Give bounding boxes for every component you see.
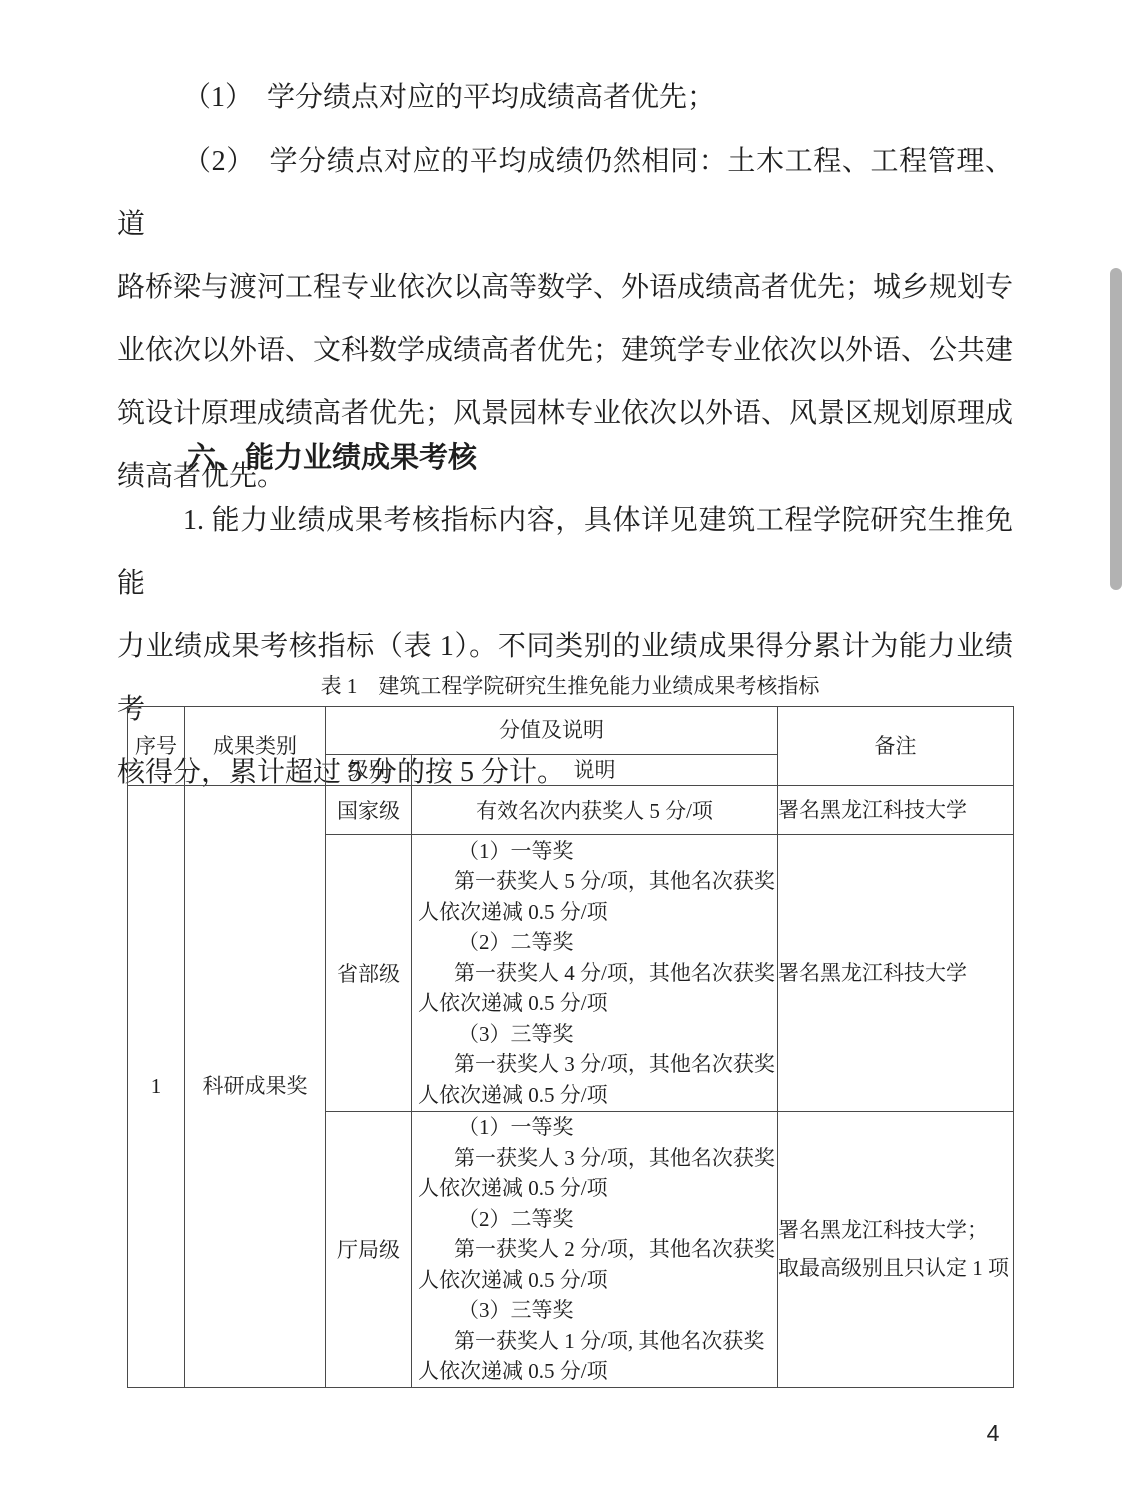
table-line: （2）二等奖 [412,1204,777,1235]
table-row-national: 1 科研成果奖 国家级 有效名次内获奖人 5 分/项 署名黑龙江科技大学 [128,786,1014,835]
cell-remark-provincial: 署名黑龙江科技大学 [778,835,1014,1112]
header-score-desc: 分值及说明 [326,707,778,755]
table-line: 人依次递减 0.5 分/项 [412,1173,777,1204]
table-line: 人依次递减 0.5 分/项 [412,1265,777,1296]
table-line: 人依次递减 0.5 分/项 [412,1356,777,1387]
table-line: （3）三等奖 [412,1295,777,1326]
cell-desc-national: 有效名次内获奖人 5 分/项 [412,786,778,835]
table-line: 第一获奖人 1 分/项, 其他名次获奖 [412,1326,777,1357]
header-seq: 序号 [128,707,185,786]
cell-category-value: 科研成果奖 [185,786,326,1388]
table-line: 人依次递减 0.5 分/项 [412,897,777,928]
table-line: 第一获奖人 3 分/项，其他名次获奖 [412,1049,777,1080]
cell-seq-value: 1 [128,786,185,1388]
table-line: （2）二等奖 [412,927,777,958]
text-line: （2） 学分绩点对应的平均成绩仍然相同：土木工程、工程管理、道 [117,130,1013,256]
assessment-table: 序号 成果类别 分值及说明 备注 级别 说明 1 科研成果奖 国家级 有效名次内… [127,706,1014,1388]
table-line: 取最高级别且只认定 1 项 [778,1249,1013,1287]
table-line: 第一获奖人 3 分/项，其他名次获奖 [412,1143,777,1174]
cell-level-departmental: 厅局级 [326,1112,412,1388]
table-line: （1）一等奖 [412,1112,777,1143]
cell-remark-departmental: 署名黑龙江科技大学； 取最高级别且只认定 1 项 [778,1112,1014,1388]
text-line: 业依次以外语、文科数学成绩高者优先；建筑学专业依次以外语、公共建 [117,319,1013,382]
header-desc: 说明 [412,755,778,786]
text-line: 1. 能力业绩成果考核指标内容，具体详见建筑工程学院研究生推免能 [117,489,1013,615]
cell-remark-national: 署名黑龙江科技大学 [778,786,1014,835]
page-number: 4 [975,1420,1011,1447]
document-page: { "paragraphs": { "p1": "（1） 学分绩点对应的平均成绩… [0,0,1131,1507]
table-line: 第一获奖人 2 分/项，其他名次获奖 [412,1234,777,1265]
table-line: （1）一等奖 [412,836,777,867]
table-line: 第一获奖人 4 分/项，其他名次获奖 [412,958,777,989]
table-line: 人依次递减 0.5 分/项 [412,1080,777,1111]
cell-desc-departmental: （1）一等奖 第一获奖人 3 分/项，其他名次获奖 人依次递减 0.5 分/项 … [412,1112,778,1388]
cell-desc-provincial: （1）一等奖 第一获奖人 5 分/项，其他名次获奖 人依次递减 0.5 分/项 … [412,835,778,1112]
header-category: 成果类别 [185,707,326,786]
table-line: 第一获奖人 5 分/项，其他名次获奖 [412,866,777,897]
scrollbar-thumb[interactable] [1110,268,1122,590]
cell-level-national: 国家级 [326,786,412,835]
section-heading: 六、能力业绩成果考核 [117,436,1013,480]
cell-level-provincial: 省部级 [326,835,412,1112]
header-level: 级别 [326,755,412,786]
table-line: 署名黑龙江科技大学； [778,1211,1013,1249]
table-line: 人依次递减 0.5 分/项 [412,988,777,1019]
table-line: （3）三等奖 [412,1019,777,1050]
assessment-table-container: 序号 成果类别 分值及说明 备注 级别 说明 1 科研成果奖 国家级 有效名次内… [127,706,1014,1388]
text-line: 路桥梁与渡河工程专业依次以高等数学、外语成绩高者优先；城乡规划专 [117,256,1013,319]
table-caption: 表 1 建筑工程学院研究生推免能力业绩成果考核指标 [127,671,1013,701]
header-remark: 备注 [778,707,1014,786]
paragraph-1: （1） 学分绩点对应的平均成绩高者优先； [117,66,1013,129]
